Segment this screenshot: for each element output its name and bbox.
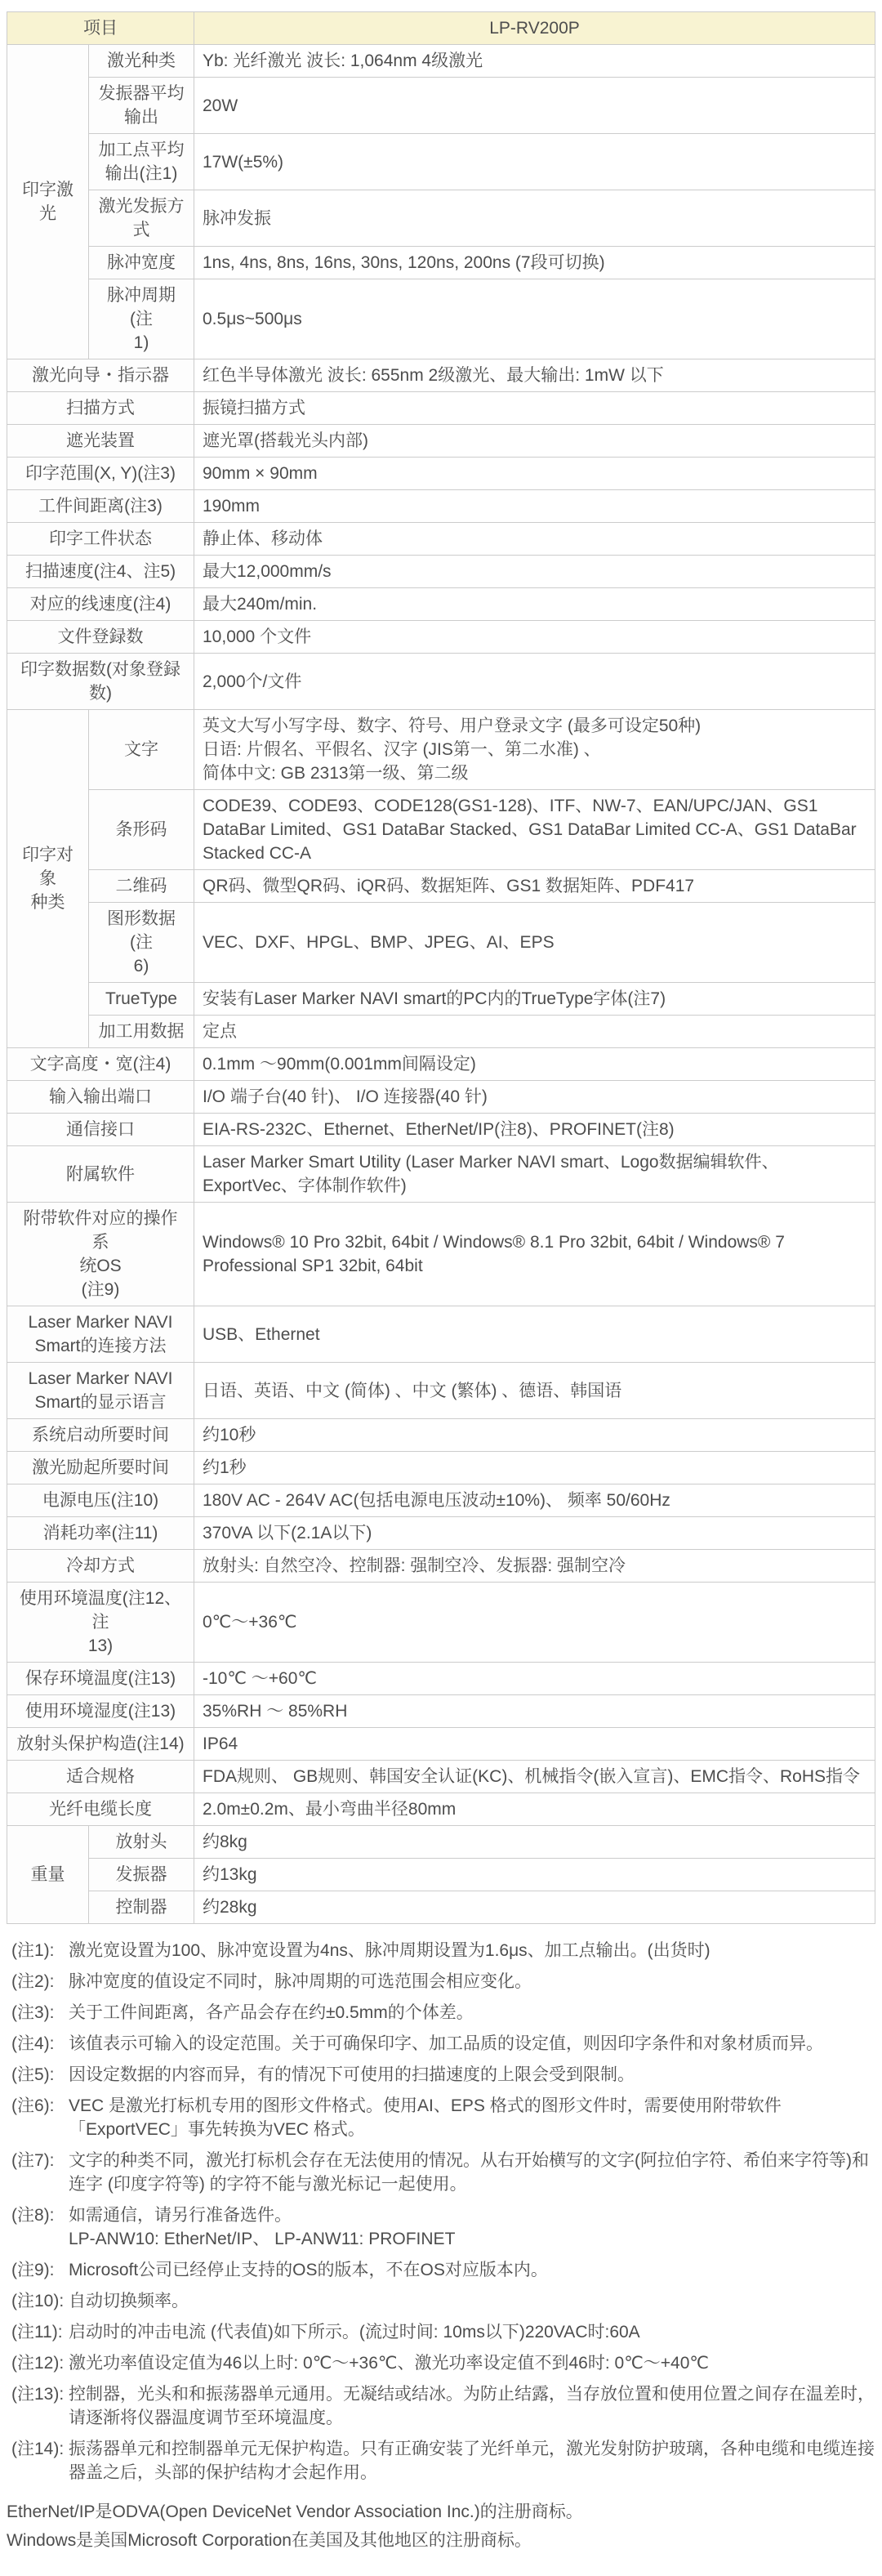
row-label: 附带软件对应的操作系 统OS (注9) <box>7 1203 194 1306</box>
note-text: 因设定数据的内容而异，有的情况下可使用的扫描速度的上限会受到限制。 <box>69 2065 635 2084</box>
row-label: 使用环境温度(注12、注 13) <box>7 1583 194 1663</box>
row-value: 静止体、移动体 <box>194 523 875 556</box>
row-label: 激光向导・指示器 <box>7 359 194 392</box>
note-item: (注3):关于工件间距离，各产品会存在约±0.5mm的个体差。 <box>7 2001 875 2025</box>
spec-row: 重量放射头约8kg <box>7 1826 875 1859</box>
spec-row: 条形码CODE39、CODE93、CODE128(GS1-128)、ITF、NW… <box>7 790 875 870</box>
spec-row: 文字高度・宽(注4)0.1mm ～90mm(0.001mm间隔设定) <box>7 1048 875 1081</box>
note-item: (注7):文字的种类不同，激光打标机会存在无法使用的情况。从右开始横写的文字(阿… <box>7 2149 875 2196</box>
row-label: 印字数据数(对象登録数) <box>7 654 194 710</box>
note-item: (注4):该值表示可输入的设定范围。关于可确保印字、加工品质的设定值，则因印字条… <box>7 2032 875 2056</box>
spec-row: 印字工件状态静止体、移动体 <box>7 523 875 556</box>
row-value: 20W <box>194 78 875 134</box>
note-label: (注2): <box>11 1970 55 1993</box>
spec-row: 遮光装置遮光罩(搭载光头内部) <box>7 425 875 458</box>
row-label: 发振器平均 输出 <box>89 78 194 134</box>
spec-row: 扫描方式振镜扫描方式 <box>7 392 875 425</box>
row-label: Laser Marker NAVI Smart的显示语言 <box>7 1363 194 1419</box>
spec-row: 脉冲周期(注 1)0.5μs~500μs <box>7 279 875 359</box>
spec-row: 附属软件Laser Marker Smart Utility (Laser Ma… <box>7 1146 875 1203</box>
row-value: 180V AC - 264V AC(包括电源电压波动±10%)、 频率 50/6… <box>194 1484 875 1517</box>
spec-row: 使用环境温度(注12、注 13)0℃～+36℃ <box>7 1583 875 1663</box>
row-label: 文件登録数 <box>7 621 194 654</box>
row-value: 定点 <box>194 1016 875 1048</box>
note-text: 该值表示可输入的设定范围。关于可确保印字、加工品质的设定值，则因印字条件和对象材… <box>69 2034 823 2053</box>
note-label: (注13): <box>11 2382 64 2406</box>
row-label: 激光励起所要时间 <box>7 1452 194 1484</box>
note-label: (注9): <box>11 2258 55 2282</box>
row-value: 35%RH ～ 85%RH <box>194 1695 875 1728</box>
spec-row: 印字范围(X, Y)(注3)90mm × 90mm <box>7 458 875 490</box>
note-item: (注13):控制器，光头和和振荡器单元通用。无凝结或结冰。为防止结露，当存放位置… <box>7 2382 875 2430</box>
note-label: (注8): <box>11 2203 55 2227</box>
row-label: 脉冲周期(注 1) <box>89 279 194 359</box>
row-value: 约28kg <box>194 1891 875 1924</box>
spec-row: 图形数据(注 6)VEC、DXF、HPGL、BMP、JPEG、AI、EPS <box>7 903 875 983</box>
row-value: 最大240m/min. <box>194 588 875 621</box>
spec-row: 适合规格FDA规则、 GB规则、韩国安全认证(KC)、机械指令(嵌入宣言)、EM… <box>7 1761 875 1793</box>
row-label: 保存环境温度(注13) <box>7 1663 194 1695</box>
row-label: 印字范围(X, Y)(注3) <box>7 458 194 490</box>
note-item: (注14):振荡器单元和控制器单元无保护构造。只有正确安装了光纤单元，激光发射防… <box>7 2437 875 2484</box>
note-label: (注11): <box>11 2320 63 2344</box>
header-item-label: 项目 <box>7 12 194 45</box>
row-label: 消耗功率(注11) <box>7 1517 194 1550</box>
row-value: I/O 端子台(40 针)、 I/O 连接器(40 针) <box>194 1081 875 1114</box>
note-item: (注9):Microsoft公司已经停止支持的OS的版本，不在OS对应版本内。 <box>7 2258 875 2282</box>
note-text: 激光宽设置为100、脉冲宽设置为4ns、脉冲周期设置为1.6μs、加工点输出。(… <box>69 1941 710 1960</box>
row-value: 1ns, 4ns, 8ns, 16ns, 30ns, 120ns, 200ns … <box>194 247 875 279</box>
row-value: CODE39、CODE93、CODE128(GS1-128)、ITF、NW-7、… <box>194 790 875 870</box>
spec-row: 印字激光激光种类Yb: 光纤激光 波长: 1,064nm 4级激光 <box>7 45 875 78</box>
spec-row: 扫描速度(注4、注5)最大12,000mm/s <box>7 556 875 588</box>
note-item: (注6):VEC 是激光打标机专用的图形文件格式。使用AI、EPS 格式的图形文… <box>7 2094 875 2141</box>
trademark-line: EtherNet/IP是ODVA(Open DeviceNet Vendor A… <box>7 2499 875 2525</box>
note-text: 如需通信，请另行准备选件。 LP-ANW10: EtherNet/IP、 LP-… <box>69 2206 455 2248</box>
note-label: (注5): <box>11 2063 55 2087</box>
spec-row: 电源电压(注10)180V AC - 264V AC(包括电源电压波动±10%)… <box>7 1484 875 1517</box>
spec-row: 冷却方式放射头: 自然空冷、控制器: 强制空冷、发振器: 强制空冷 <box>7 1550 875 1583</box>
row-label: 放射头 <box>89 1826 194 1859</box>
row-value: FDA规则、 GB规则、韩国安全认证(KC)、机械指令(嵌入宣言)、EMC指令、… <box>194 1761 875 1793</box>
row-value: 约10秒 <box>194 1419 875 1452</box>
row-label: 放射头保护构造(注14) <box>7 1728 194 1761</box>
note-item: (注5):因设定数据的内容而异，有的情况下可使用的扫描速度的上限会受到限制。 <box>7 2063 875 2087</box>
row-value: 0℃～+36℃ <box>194 1583 875 1663</box>
spec-row: 消耗功率(注11)370VA 以下(2.1A以下) <box>7 1517 875 1550</box>
spec-row: 二维码QR码、微型QR码、iQR码、数据矩阵、GS1 数据矩阵、PDF417 <box>7 870 875 903</box>
spec-row: 激光励起所要时间约1秒 <box>7 1452 875 1484</box>
group-cell: 印字对象 种类 <box>7 710 89 1048</box>
row-label: 激光发振方 式 <box>89 190 194 247</box>
note-label: (注12): <box>11 2351 64 2375</box>
note-text: 脉冲宽度的值设定不同时，脉冲周期的可选范围会相应变化。 <box>69 1972 532 1991</box>
row-label: 条形码 <box>89 790 194 870</box>
note-text: 自动切换频率。 <box>69 2292 189 2310</box>
note-item: (注10):自动切换频率。 <box>7 2289 875 2313</box>
spec-row: 使用环境湿度(注13)35%RH ～ 85%RH <box>7 1695 875 1728</box>
spec-row: 附带软件对应的操作系 统OS (注9)Windows® 10 Pro 32bit… <box>7 1203 875 1306</box>
spec-row: 印字数据数(对象登録数)2,000个/文件 <box>7 654 875 710</box>
row-value: 0.5μs~500μs <box>194 279 875 359</box>
group-cell: 印字激光 <box>7 45 89 359</box>
row-label: 工件间距离(注3) <box>7 490 194 523</box>
row-label: 遮光装置 <box>7 425 194 458</box>
spec-row: 印字对象 种类文字英文大写小写字母、数字、符号、用户登录文字 (最多可设定50种… <box>7 710 875 790</box>
row-label: 加工点平均 输出(注1) <box>89 134 194 190</box>
note-label: (注6): <box>11 2094 55 2118</box>
note-text: Microsoft公司已经停止支持的OS的版本，不在OS对应版本内。 <box>69 2261 548 2279</box>
trademark-line: Windows是美国Microsoft Corporation在美国及其他地区的… <box>7 2528 875 2553</box>
row-label: 文字 <box>89 710 194 790</box>
note-label: (注3): <box>11 2001 55 2025</box>
row-value: 脉冲发振 <box>194 190 875 247</box>
spec-row: 发振器约13kg <box>7 1859 875 1891</box>
row-value: 17W(±5%) <box>194 134 875 190</box>
row-label: 文字高度・宽(注4) <box>7 1048 194 1081</box>
note-label: (注4): <box>11 2032 55 2056</box>
header-model-label: LP-RV200P <box>194 12 875 45</box>
row-value: USB、Ethernet <box>194 1306 875 1363</box>
row-label: 加工用数据 <box>89 1016 194 1048</box>
row-value: 0.1mm ～90mm(0.001mm间隔设定) <box>194 1048 875 1081</box>
note-label: (注14): <box>11 2437 64 2461</box>
row-value: EIA-RS-232C、Ethernet、EtherNet/IP(注8)、PRO… <box>194 1114 875 1146</box>
trademark-section: EtherNet/IP是ODVA(Open DeviceNet Vendor A… <box>7 2499 875 2553</box>
row-label: 通信接口 <box>7 1114 194 1146</box>
note-text: 振荡器单元和控制器单元无保护构造。只有正确安装了光纤单元，激光发射防护玻璃，各种… <box>69 2440 875 2482</box>
row-value: IP64 <box>194 1728 875 1761</box>
row-value: 2.0m±0.2m、最小弯曲半径80mm <box>194 1793 875 1826</box>
row-value: 190mm <box>194 490 875 523</box>
row-label: 脉冲宽度 <box>89 247 194 279</box>
row-value: 遮光罩(搭载光头内部) <box>194 425 875 458</box>
row-label: 扫描速度(注4、注5) <box>7 556 194 588</box>
row-value: 10,000 个文件 <box>194 621 875 654</box>
row-label: 电源电压(注10) <box>7 1484 194 1517</box>
spec-row: 对应的线速度(注4)最大240m/min. <box>7 588 875 621</box>
spec-row: 激光发振方 式脉冲发振 <box>7 190 875 247</box>
spec-row: 加工用数据定点 <box>7 1016 875 1048</box>
spec-row: Laser Marker NAVI Smart的显示语言日语、英语、中文 (简体… <box>7 1363 875 1419</box>
spec-row: 激光向导・指示器红色半导体激光 波长: 655nm 2级激光、最大输出: 1mW… <box>7 359 875 392</box>
row-value: 2,000个/文件 <box>194 654 875 710</box>
row-label: 二维码 <box>89 870 194 903</box>
spec-row: 光纤电缆长度2.0m±0.2m、最小弯曲半径80mm <box>7 1793 875 1826</box>
notes-section: (注1):激光宽设置为100、脉冲宽设置为4ns、脉冲周期设置为1.6μs、加工… <box>7 1939 875 2484</box>
row-value: 振镜扫描方式 <box>194 392 875 425</box>
table-header-row: 项目 LP-RV200P <box>7 12 875 45</box>
note-text: 控制器，光头和和振荡器单元通用。无凝结或结冰。为防止结露，当存放位置和使用位置之… <box>69 2385 875 2427</box>
spec-row: 工件间距离(注3)190mm <box>7 490 875 523</box>
row-value: 最大12,000mm/s <box>194 556 875 588</box>
row-value: 安装有Laser Marker NAVI smart的PC内的TrueType字… <box>194 983 875 1016</box>
row-value: 370VA 以下(2.1A以下) <box>194 1517 875 1550</box>
note-text: 文字的种类不同，激光打标机会存在无法使用的情况。从右开始横写的文字(阿拉伯字符、… <box>69 2151 869 2194</box>
row-value: 约1秒 <box>194 1452 875 1484</box>
spec-row: 放射头保护构造(注14)IP64 <box>7 1728 875 1761</box>
row-value: 英文大写小写字母、数字、符号、用户登录文字 (最多可设定50种) 日语: 片假名… <box>194 710 875 790</box>
spec-table: 项目 LP-RV200P 印字激光激光种类Yb: 光纤激光 波长: 1,064n… <box>7 11 875 1924</box>
note-label: (注7): <box>11 2149 55 2172</box>
row-value: 约8kg <box>194 1826 875 1859</box>
row-label: 附属软件 <box>7 1146 194 1203</box>
spec-row: 文件登録数10,000 个文件 <box>7 621 875 654</box>
row-label: TrueType <box>89 983 194 1016</box>
spec-row: Laser Marker NAVI Smart的连接方法USB、Ethernet <box>7 1306 875 1363</box>
row-label: 使用环境湿度(注13) <box>7 1695 194 1728</box>
row-value: 红色半导体激光 波长: 655nm 2级激光、最大输出: 1mW 以下 <box>194 359 875 392</box>
note-label: (注10): <box>11 2289 64 2313</box>
spec-row: 控制器约28kg <box>7 1891 875 1924</box>
row-value: 90mm × 90mm <box>194 458 875 490</box>
row-label: 光纤电缆长度 <box>7 1793 194 1826</box>
row-label: 冷却方式 <box>7 1550 194 1583</box>
row-label: 适合规格 <box>7 1761 194 1793</box>
row-label: Laser Marker NAVI Smart的连接方法 <box>7 1306 194 1363</box>
note-text: 激光功率值设定值为46以上时: 0℃～+36℃、激光功率设定值不到46时: 0℃… <box>69 2354 709 2373</box>
note-text: 关于工件间距离，各产品会存在约±0.5mm的个体差。 <box>69 2003 474 2022</box>
row-value: -10℃ ～+60℃ <box>194 1663 875 1695</box>
row-label: 印字工件状态 <box>7 523 194 556</box>
row-value: Windows® 10 Pro 32bit, 64bit / Windows® … <box>194 1203 875 1306</box>
row-value: 放射头: 自然空冷、控制器: 强制空冷、发振器: 强制空冷 <box>194 1550 875 1583</box>
note-text: 启动时的冲击电流 (代表值)如下所示。(流过时间: 10ms以下)220VAC时… <box>69 2323 640 2342</box>
row-value: Laser Marker Smart Utility (Laser Marker… <box>194 1146 875 1203</box>
row-value: Yb: 光纤激光 波长: 1,064nm 4级激光 <box>194 45 875 78</box>
row-value: VEC、DXF、HPGL、BMP、JPEG、AI、EPS <box>194 903 875 983</box>
row-label: 输入输出端口 <box>7 1081 194 1114</box>
spec-row: TrueType安装有Laser Marker NAVI smart的PC内的T… <box>7 983 875 1016</box>
spec-page: 项目 LP-RV200P 印字激光激光种类Yb: 光纤激光 波长: 1,064n… <box>0 0 882 2576</box>
spec-row: 发振器平均 输出20W <box>7 78 875 134</box>
spec-row: 通信接口EIA-RS-232C、Ethernet、EtherNet/IP(注8)… <box>7 1114 875 1146</box>
row-label: 激光种类 <box>89 45 194 78</box>
spec-row: 加工点平均 输出(注1)17W(±5%) <box>7 134 875 190</box>
spec-row: 保存环境温度(注13)-10℃ ～+60℃ <box>7 1663 875 1695</box>
row-label: 扫描方式 <box>7 392 194 425</box>
note-item: (注1):激光宽设置为100、脉冲宽设置为4ns、脉冲周期设置为1.6μs、加工… <box>7 1939 875 1962</box>
row-value: 约13kg <box>194 1859 875 1891</box>
row-value: QR码、微型QR码、iQR码、数据矩阵、GS1 数据矩阵、PDF417 <box>194 870 875 903</box>
note-item: (注12):激光功率值设定值为46以上时: 0℃～+36℃、激光功率设定值不到4… <box>7 2351 875 2375</box>
row-label: 发振器 <box>89 1859 194 1891</box>
spec-row: 脉冲宽度1ns, 4ns, 8ns, 16ns, 30ns, 120ns, 20… <box>7 247 875 279</box>
spec-row: 输入输出端口I/O 端子台(40 针)、 I/O 连接器(40 针) <box>7 1081 875 1114</box>
note-label: (注1): <box>11 1939 55 1962</box>
row-label: 系统启动所要时间 <box>7 1419 194 1452</box>
spec-row: 系统启动所要时间约10秒 <box>7 1419 875 1452</box>
group-cell: 重量 <box>7 1826 89 1924</box>
row-label: 对应的线速度(注4) <box>7 588 194 621</box>
note-item: (注2):脉冲宽度的值设定不同时，脉冲周期的可选范围会相应变化。 <box>7 1970 875 1993</box>
note-text: VEC 是激光打标机专用的图形文件格式。使用AI、EPS 格式的图形文件时，需要… <box>69 2096 782 2139</box>
note-item: (注8):如需通信，请另行准备选件。 LP-ANW10: EtherNet/IP… <box>7 2203 875 2251</box>
row-value: 日语、英语、中文 (简体) 、中文 (繁体) 、德语、韩国语 <box>194 1363 875 1419</box>
row-label: 控制器 <box>89 1891 194 1924</box>
row-label: 图形数据(注 6) <box>89 903 194 983</box>
note-item: (注11):启动时的冲击电流 (代表值)如下所示。(流过时间: 10ms以下)2… <box>7 2320 875 2344</box>
